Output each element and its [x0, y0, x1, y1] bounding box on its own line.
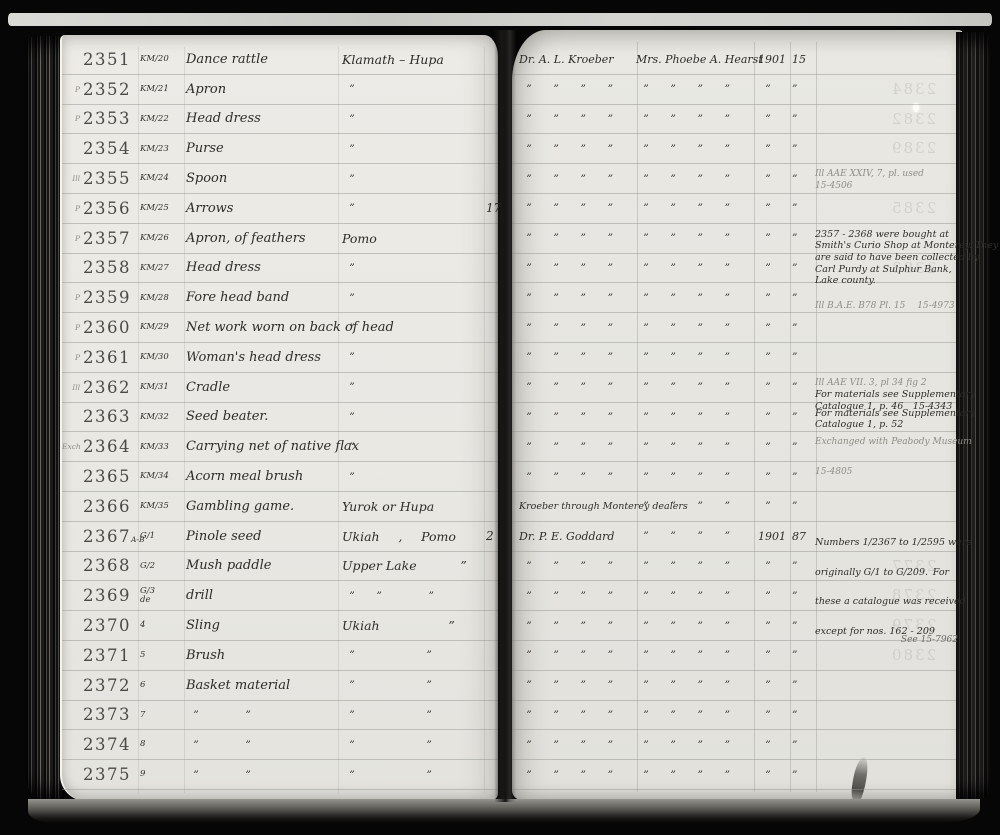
collector-code: KM/21: [140, 85, 186, 94]
collector-code: KM/23: [140, 145, 186, 154]
object-description: Dance rattle: [186, 52, 338, 67]
year: 1901: [753, 53, 789, 66]
ledger-row-right: ” ” ” ” ” ” ” ” ” ”: [512, 641, 962, 671]
locality: ”: [338, 143, 486, 155]
ledger-row-right: ” ” ” ” ” ” ” ” ” ” except for nos. 162 …: [512, 611, 962, 641]
ledger-row-right: ” ” ” ” ” ” ” ” ” ”: [512, 701, 962, 731]
collector-code: 6: [140, 681, 186, 690]
margin-annotation: P: [62, 204, 80, 213]
notes-cell: [815, 343, 962, 348]
catalog-number: 2364: [80, 437, 140, 456]
donor-name: ” ” ” ”: [636, 143, 753, 155]
notes-cell: [815, 641, 962, 646]
note-line: Exchanged with Peabody Museum: [815, 437, 972, 449]
margin-annotation: Ill: [62, 174, 80, 183]
accession-count: ”: [789, 500, 815, 512]
notes-cell: For materials see SupplementaryCatalogue…: [815, 403, 975, 431]
collector-code: KM/32: [140, 413, 186, 422]
collector-name: ” ” ” ”: [512, 620, 636, 632]
locality: ” ”: [338, 649, 486, 661]
locality: ”: [338, 113, 486, 125]
notes-cell: [815, 134, 962, 139]
note-line: Numbers 1/2367 to 1/2595 were: [815, 537, 972, 549]
ledger-row-right: ” ” ” ” ” ” ” ” ” ”: [512, 760, 962, 790]
donor-name: ” ” ” ”: [636, 202, 753, 214]
year: ”: [753, 143, 789, 155]
margin-annotation: P: [62, 323, 80, 332]
notes-cell: [815, 730, 962, 735]
margin-annotation: P: [62, 234, 80, 243]
locality: Klamath – Hupa: [338, 52, 486, 67]
notes-cell: [815, 75, 962, 80]
collector-code: KM/35: [140, 502, 186, 511]
locality: ”: [338, 262, 486, 274]
locality: ” ”: [338, 679, 486, 691]
margin-annotation: Exch: [62, 442, 80, 451]
object-description: Head dress: [186, 111, 338, 126]
notes-cell: [815, 194, 962, 199]
accession-count: ”: [789, 620, 815, 632]
accession-count: ”: [789, 143, 815, 155]
locality: ”: [338, 83, 486, 95]
accession-count: ”: [789, 590, 815, 602]
year: ”: [753, 769, 789, 781]
note-line: Carl Purdy at Sulphur Bank,: [815, 264, 998, 276]
accession-count: ”: [789, 83, 815, 95]
ledger-row-right: ” ” ” ” ” ” ” ” ” ” these a catalogue wa…: [512, 581, 962, 611]
accession-count: ”: [789, 679, 815, 691]
note-line: 15-4805: [815, 467, 962, 479]
collector-code: 4: [140, 621, 186, 630]
ledger-row-left: 2366 KM/35 Gambling game. Yurok or Hupa: [62, 492, 498, 522]
margin-annotation: P: [62, 353, 80, 362]
locality: ”: [338, 471, 486, 483]
ledger-row-left: 2375 9 ” ” ” ”: [62, 760, 498, 790]
year: ”: [753, 83, 789, 95]
year: ”: [753, 679, 789, 691]
object-description: Apron, of feathers: [186, 231, 338, 246]
catalog-number: 2351: [80, 50, 140, 69]
catalog-number: 2368: [80, 556, 140, 575]
accession-count: ”: [789, 322, 815, 334]
ledger-row-left: 2363 KM/32 Seed beater. ”: [62, 403, 498, 433]
collector-code: G/2: [140, 562, 186, 571]
collector-name: ” ” ” ”: [512, 381, 636, 393]
object-description: Woman's head dress: [186, 350, 338, 365]
collector-name: ” ” ” ”: [512, 649, 636, 661]
collector-name: ” ” ” ”: [512, 411, 636, 423]
object-description: Sling: [186, 618, 338, 633]
catalog-number: 2370: [80, 616, 140, 635]
year: ”: [753, 560, 789, 572]
object-description: Head dress: [186, 260, 338, 275]
margin-annotation: P: [62, 85, 80, 94]
object-description: Pinole seed: [186, 529, 338, 544]
margin-annotation: P: [62, 293, 80, 302]
ledger-row-left: Exch 2364 KM/33 Carrying net of native f…: [62, 432, 498, 462]
year: ”: [753, 649, 789, 661]
collector-name: ” ” ” ”: [512, 739, 636, 751]
ledger-row-right: ” ” ” ” ” ” ” ” ” ”: [512, 343, 962, 373]
notes-cell: [815, 45, 962, 50]
object-description: Brush: [186, 648, 338, 663]
note-line: Ill B.A.E. B78 Pl. 15 15-4973: [815, 301, 962, 313]
object-description: Cradle: [186, 380, 338, 395]
accession-count: ”: [789, 351, 815, 363]
collector-name: ” ” ” ”: [512, 769, 636, 781]
donor-name: ” ” ” ”: [636, 769, 753, 781]
margin-annotation: Ill: [62, 383, 80, 392]
catalog-number: 2367A-B: [80, 527, 140, 546]
ledger-row-right: ” ” ” ” ” ” ” ” ” ” 2357 - 2368 were bou…: [512, 224, 962, 254]
locality: ” ”: [338, 739, 486, 751]
donor-name: ” ” ” ”: [636, 560, 753, 572]
donor-name: ” ” ” ”: [636, 83, 753, 95]
year: ”: [753, 232, 789, 244]
locality: Ukiah ”: [338, 618, 486, 633]
donor-name: ” ” ” ”: [636, 232, 753, 244]
accession-count: ”: [789, 262, 815, 274]
locality: ” ”: [338, 769, 486, 781]
object-description: Seed beater.: [186, 409, 338, 424]
ledger-row-left: 2358 KM/27 Head dress ”: [62, 254, 498, 284]
donor-name: ” ” ” ”: [636, 679, 753, 691]
ledger-row-left: 2373 7 ” ” ” ”: [62, 701, 498, 731]
locality: ”: [338, 411, 486, 423]
ledger-row-right: ” ” ” ” ” ” ” ” ” ”: [512, 730, 962, 760]
note-line: Smith's Curio Shop at Monterey. They: [815, 240, 998, 252]
locality: ”: [338, 202, 486, 214]
catalog-number: 2361: [80, 348, 140, 367]
ledger-row-left: P 2352 KM/21 Apron ”: [62, 75, 498, 105]
collector-code: 7: [140, 711, 186, 720]
year: ”: [753, 441, 789, 453]
margin-annotation: P: [62, 114, 80, 123]
collector-name: ” ” ” ”: [512, 351, 636, 363]
ledger-row-right: Dr. A. L. Kroeber Mrs. Phoebe A. Hearst …: [512, 45, 962, 75]
collector-code: KM/34: [140, 472, 186, 481]
donor-name: ” ” ” ”: [636, 649, 753, 661]
collector-name: ” ” ” ”: [512, 232, 636, 244]
object-description: Fore head band: [186, 290, 338, 305]
notes-cell: [815, 105, 962, 110]
ledger-row-right: ” ” ” ” ” ” ” ” ” ” For materials see Su…: [512, 403, 962, 433]
note-line: 2357 - 2368 were bought at: [815, 229, 998, 241]
notes-cell: [815, 760, 962, 765]
object-description: Carrying net of native flax: [186, 439, 338, 454]
notes-cell: [815, 313, 962, 318]
collector-code: KM/29: [140, 323, 186, 332]
collector-code: KM/20: [140, 55, 186, 64]
ledger-row-right: ” ” ” ” ” ” ” ” ” ”: [512, 313, 962, 343]
left-page-rows: 2351 KM/20 Dance rattle Klamath – Hupa P…: [62, 35, 498, 790]
year: ”: [753, 411, 789, 423]
ledger-right-page: 238423822389238523832377237823792380 Dr.…: [512, 30, 964, 800]
ledger-row-right: ” ” ” ” ” ” ” ” ” ”: [512, 194, 962, 224]
year: ”: [753, 292, 789, 304]
collector-name: ” ” ” ”: [512, 679, 636, 691]
collector-name: ” ” ” ”: [512, 709, 636, 721]
object-description: Gambling game.: [186, 499, 338, 514]
collector-code: KM/25: [140, 204, 186, 213]
notes-cell: [815, 671, 962, 676]
notes-cell: Numbers 1/2367 to 1/2595 were: [815, 522, 972, 549]
locality: Pomo: [338, 231, 486, 246]
notes-cell: Exchanged with Peabody Museum: [815, 432, 972, 449]
donor-name: ” ” ” ”: [636, 292, 753, 304]
locality: Yurok or Hupa: [338, 499, 486, 514]
ledger-row-left: P 2353 KM/22 Head dress ”: [62, 105, 498, 135]
donor-name: ” ” ” ”: [636, 262, 753, 274]
accession-count: ”: [789, 202, 815, 214]
collector-name: ” ” ” ”: [512, 83, 636, 95]
ledger-row-left: 2371 5 Brush ” ”: [62, 641, 498, 671]
donor-name: ” ” ” ”: [636, 441, 753, 453]
donor-name: Mrs. Phoebe A. Hearst: [636, 53, 753, 66]
donor-name: ” ” ” ”: [636, 530, 753, 542]
catalog-number: 2358: [80, 258, 140, 277]
object-description: Purse: [186, 141, 338, 156]
ledger-row-right: ” ” ” ” ” ” ” ” ” ” 15-4805: [512, 462, 962, 492]
collector-name: Kroeber through Monterey dealers: [512, 501, 636, 512]
collector-name: ” ” ” ”: [512, 441, 636, 453]
collector-name: ” ” ” ”: [512, 292, 636, 304]
ledger-row-left: 2369 G/3 de drill ” ” ”: [62, 581, 498, 611]
donor-name: ” ” ” ”: [636, 620, 753, 632]
year: ”: [753, 590, 789, 602]
ledger-row-right: ” ” ” ” ” ” ” ” ” ”: [512, 75, 962, 105]
ledger-row-right: Dr. P. E. Goddard ” ” ” ” 1901 87 Number…: [512, 522, 962, 552]
year: ”: [753, 322, 789, 334]
locality: Ukiah , Pomo: [338, 529, 486, 544]
catalog-number: 2365: [80, 467, 140, 486]
catalog-number: 2363: [80, 407, 140, 426]
catalog-number: 2362: [80, 378, 140, 397]
year: ”: [753, 500, 789, 512]
object-description: Net work worn on back of head: [186, 320, 338, 335]
accession-count: ”: [789, 381, 815, 393]
accession-count: ”: [789, 560, 815, 572]
notes-cell: Ill AAE XXIV, 7, pl. used15-4506: [815, 164, 962, 192]
catalog-number: 2371: [80, 646, 140, 665]
donor-name: ” ” ” ”: [636, 381, 753, 393]
ledger-row-right: Kroeber through Monterey dealers ” ” ” ”…: [512, 492, 962, 522]
collector-code: 8: [140, 740, 186, 749]
note-line: originally G/1 to G/209. For: [815, 567, 962, 579]
ledger-row-right: ” ” ” ” ” ” ” ” ” ”: [512, 671, 962, 701]
collector-name: Dr. P. E. Goddard: [512, 530, 636, 543]
catalog-number: 2375: [80, 765, 140, 784]
catalog-number: 2359: [80, 288, 140, 307]
donor-name: ” ” ” ”: [636, 500, 753, 512]
donor-name: ” ” ” ”: [636, 173, 753, 185]
collector-name: ” ” ” ”: [512, 590, 636, 602]
object-description: Basket material: [186, 678, 338, 693]
collector-name: ” ” ” ”: [512, 113, 636, 125]
book-page-edges-left: [26, 36, 64, 800]
locality: ”: [338, 322, 486, 334]
book-gutter: [494, 30, 516, 802]
year: 1901: [753, 530, 789, 543]
ruler-strip: [8, 13, 992, 26]
year: ”: [753, 381, 789, 393]
year: ”: [753, 709, 789, 721]
donor-name: ” ” ” ”: [636, 351, 753, 363]
locality: Upper Lake ”: [338, 558, 486, 573]
ledger-row-right: ” ” ” ” ” ” ” ” ” ”: [512, 134, 962, 164]
collector-code: KM/30: [140, 353, 186, 362]
notes-cell: [815, 701, 962, 706]
ledger-row-left: 2354 KM/23 Purse ”: [62, 134, 498, 164]
object-description: drill: [186, 588, 338, 603]
collector-name: ” ” ” ”: [512, 560, 636, 572]
year: ”: [753, 739, 789, 751]
donor-name: ” ” ” ”: [636, 739, 753, 751]
note-line: For materials see Supplementary: [815, 389, 975, 401]
note-line: Ill AAE VII. 3, pl 34 fig 2: [815, 378, 975, 390]
accession-count: ”: [789, 739, 815, 751]
object-description: ” ”: [186, 769, 338, 781]
collector-name: ” ” ” ”: [512, 173, 636, 185]
collector-code: KM/31: [140, 383, 186, 392]
ledger-row-right: ” ” ” ” ” ” ” ” ” ”: [512, 105, 962, 135]
catalog-number: 2372: [80, 676, 140, 695]
catalog-number: 2356: [80, 199, 140, 218]
catalog-number: 2354: [80, 139, 140, 158]
accession-count: ”: [789, 173, 815, 185]
collector-name: Dr. A. L. Kroeber: [512, 53, 636, 66]
ledger-row-left: 2372 6 Basket material ” ”: [62, 671, 498, 701]
note-line: For materials see Supplementary: [815, 408, 975, 420]
ledger-row-left: P 2359 KM/28 Fore head band ”: [62, 283, 498, 313]
catalog-number: 2366: [80, 497, 140, 516]
ledger-row-left: 2368 G/2 Mush paddle Upper Lake ”: [62, 552, 498, 582]
ledger-row-right: ” ” ” ” ” ” ” ” ” ” Ill AAE VII. 3, pl 3…: [512, 373, 962, 403]
accession-count: 15: [789, 53, 815, 66]
ledger-row-right: ” ” ” ” ” ” ” ” ” ” Ill AAE XXIV, 7, pl.…: [512, 164, 962, 194]
collector-code: KM/26: [140, 234, 186, 243]
right-page-rows: Dr. A. L. Kroeber Mrs. Phoebe A. Hearst …: [512, 30, 962, 790]
ledger-row-left: P 2357 KM/26 Apron, of feathers Pomo: [62, 224, 498, 254]
locality: ”: [338, 292, 486, 304]
accession-count: ”: [789, 113, 815, 125]
note-line: Catalogue 1, p. 52: [815, 419, 975, 431]
note-line: Ill AAE XXIV, 7, pl. used: [815, 169, 962, 181]
collector-code: KM/33: [140, 443, 186, 452]
collector-code: G/1: [140, 532, 186, 541]
collector-code: KM/22: [140, 115, 186, 124]
collector-code: KM/28: [140, 294, 186, 303]
year: ”: [753, 620, 789, 632]
notes-cell: originally G/1 to G/209. For: [815, 552, 962, 579]
catalog-number: 2355: [80, 169, 140, 188]
accession-count: ”: [789, 292, 815, 304]
ledger-row-left: Ill 2355 KM/24 Spoon ”: [62, 164, 498, 194]
collector-name: ” ” ” ”: [512, 143, 636, 155]
ledger-row-left: 2365 KM/34 Acorn meal brush ”: [62, 462, 498, 492]
catalog-number: 2353: [80, 109, 140, 128]
collector-name: ” ” ” ”: [512, 471, 636, 483]
ledger-row-left: 2374 8 ” ” ” ”: [62, 730, 498, 760]
ledger-row-left: 2351 KM/20 Dance rattle Klamath – Hupa: [62, 45, 498, 75]
catalog-number: 2360: [80, 318, 140, 337]
donor-name: ” ” ” ”: [636, 113, 753, 125]
object-description: Spoon: [186, 171, 338, 186]
ledger-row-right: ” ” ” ” ” ” ” ” ” ” Exchanged with Peabo…: [512, 432, 962, 462]
locality: ”: [338, 381, 486, 393]
ledger-row-left: P 2361 KM/30 Woman's head dress ”: [62, 343, 498, 373]
catalog-number: 2374: [80, 735, 140, 754]
collector-code: G/3 de: [140, 587, 186, 604]
donor-name: ” ” ” ”: [636, 471, 753, 483]
year: ”: [753, 262, 789, 274]
collector-code: 9: [140, 770, 186, 779]
ledger-left-page: 2351 KM/20 Dance rattle Klamath – Hupa P…: [60, 35, 498, 801]
collector-code: KM/24: [140, 174, 186, 183]
catalog-number: 2373: [80, 705, 140, 724]
note-line: 15-4506: [815, 181, 962, 193]
ledger-photograph: 2351 KM/20 Dance rattle Klamath – Hupa P…: [0, 0, 1000, 835]
ledger-row-left: 2370 4 Sling Ukiah ”: [62, 611, 498, 641]
ledger-row-right: ” ” ” ” ” ” ” ” ” ” originally G/1 to G/…: [512, 552, 962, 582]
ledger-row-right: ” ” ” ” ” ” ” ” ” ” Ill B.A.E. B78 Pl. 1…: [512, 283, 962, 313]
object-description: Acorn meal brush: [186, 469, 338, 484]
notes-cell: [815, 254, 962, 259]
locality: ” ” ”: [338, 590, 486, 602]
year: ”: [753, 471, 789, 483]
year: ”: [753, 351, 789, 363]
notes-cell: [815, 492, 962, 497]
locality: ”: [338, 351, 486, 363]
object-description: Apron: [186, 82, 338, 97]
accession-count: ”: [789, 709, 815, 721]
notes-cell: these a catalogue was received: [815, 581, 966, 608]
year: ”: [753, 113, 789, 125]
object-description: Arrows: [186, 201, 338, 216]
book-bottom-shadow: [28, 799, 980, 823]
accession-count: ”: [789, 232, 815, 244]
collector-name: ” ” ” ”: [512, 322, 636, 334]
collector-name: ” ” ” ”: [512, 202, 636, 214]
donor-name: ” ” ” ”: [636, 590, 753, 602]
year: ”: [753, 202, 789, 214]
object-description: Mush paddle: [186, 558, 338, 573]
donor-name: ” ” ” ”: [636, 709, 753, 721]
catalog-number: 2357: [80, 229, 140, 248]
ledger-row-left: P 2356 KM/25 Arrows ” 17: [62, 194, 498, 224]
donor-name: ” ” ” ”: [636, 322, 753, 334]
object-description: ” ”: [186, 709, 338, 721]
locality: ”: [338, 441, 486, 453]
accession-count: ”: [789, 471, 815, 483]
note-line: these a catalogue was received: [815, 596, 966, 608]
accession-count: 87: [789, 530, 815, 543]
collector-code: 5: [140, 651, 186, 660]
locality: ” ”: [338, 709, 486, 721]
accession-count: ”: [789, 441, 815, 453]
locality: ”: [338, 173, 486, 185]
accession-count: ”: [789, 411, 815, 423]
catalog-number: 2369: [80, 586, 140, 605]
catalog-number: 2352: [80, 80, 140, 99]
accession-count: ”: [789, 769, 815, 781]
ledger-row-left: 2367A-B G/1 Pinole seed Ukiah , Pomo 2: [62, 522, 498, 552]
ledger-row-left: Ill 2362 KM/31 Cradle ”: [62, 373, 498, 403]
collector-name: ” ” ” ”: [512, 262, 636, 274]
ledger-row-left: P 2360 KM/29 Net work worn on back of he…: [62, 313, 498, 343]
accession-count: ”: [789, 649, 815, 661]
donor-name: ” ” ” ”: [636, 411, 753, 423]
